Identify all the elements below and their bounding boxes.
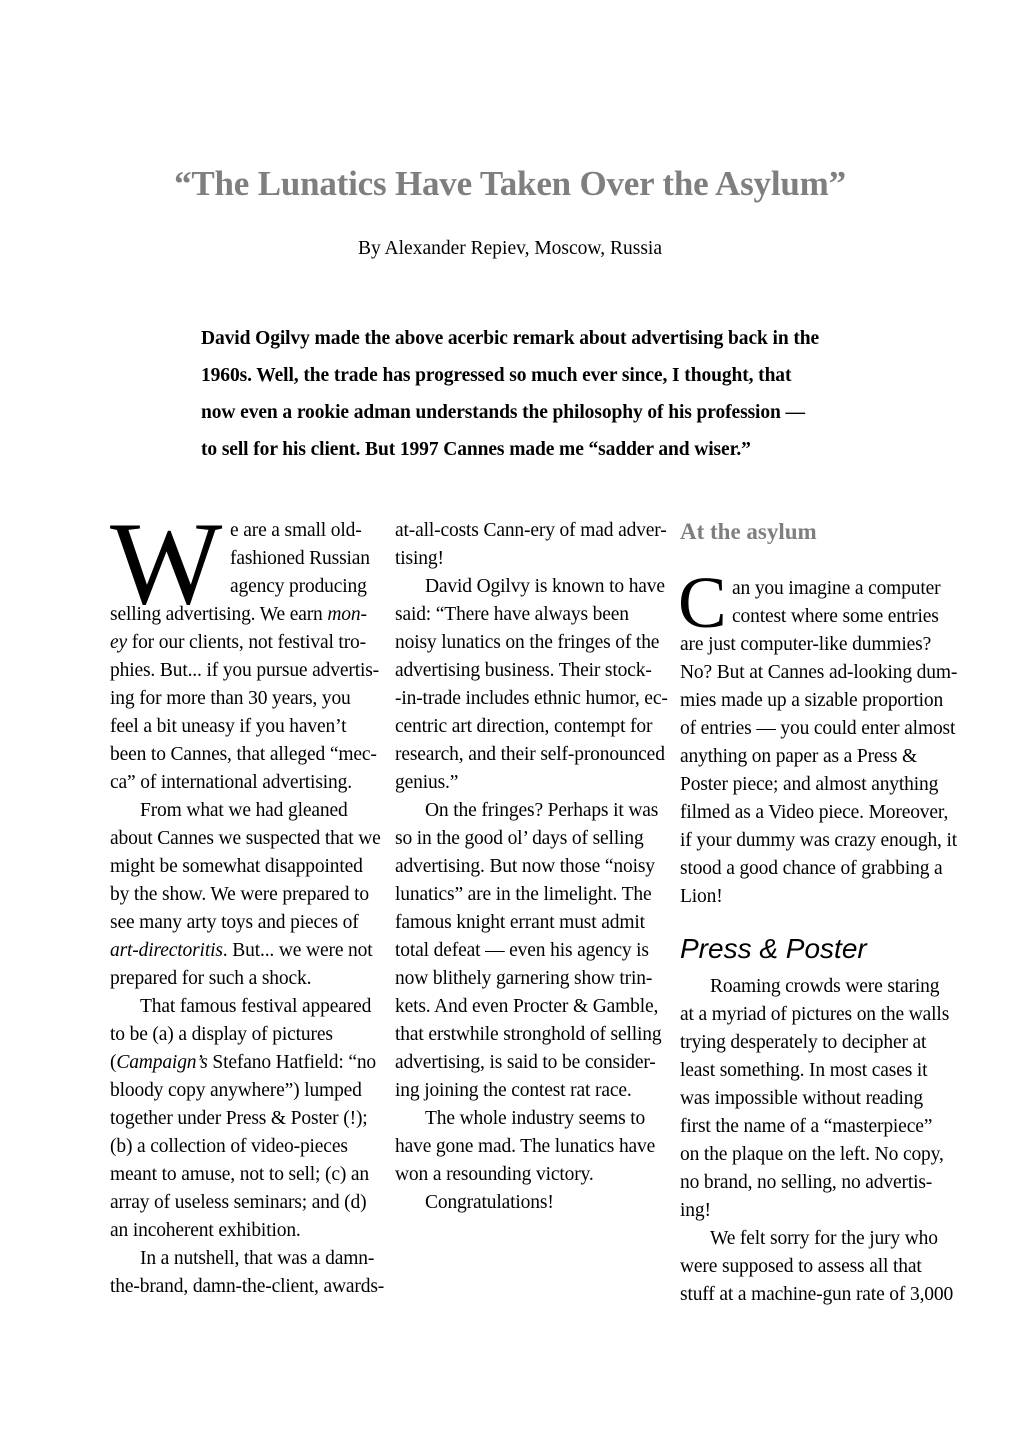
text-run: that erstwhile stronghold of selling: [395, 1024, 661, 1045]
text-run: by the show. We were prepared to: [110, 884, 369, 905]
text-run: won a resounding victory.: [395, 1164, 594, 1185]
text-run: From what we had gleaned: [140, 800, 348, 821]
intro-paragraph: David Ogilvy made the above acerbic rema…: [201, 320, 881, 468]
text-line: advertising, is said to be consider-: [395, 1049, 665, 1077]
text-line: advertising business. Their stock-: [395, 657, 665, 685]
text-line: David Ogilvy is known to have: [395, 573, 665, 601]
text-run: of entries — you could enter almost: [680, 718, 955, 739]
text-line: Congratulations!: [395, 1189, 665, 1217]
text-run: ing joining the contest rat race.: [395, 1080, 632, 1101]
text-run: first the name of a “masterpiece”: [680, 1116, 932, 1137]
text-run: phies. But... if you pursue advertis-: [110, 660, 379, 681]
text-run: tising!: [395, 548, 444, 569]
text-run: lunatics” are in the limelight. The: [395, 884, 651, 905]
text-run: was impossible without reading: [680, 1088, 923, 1109]
text-line: an incoherent exhibition.: [110, 1217, 380, 1245]
text-run: trying desperately to decipher at: [680, 1032, 926, 1053]
text-line: ing!: [680, 1197, 950, 1225]
text-run: to be (a) a display of pictures: [110, 1024, 333, 1045]
text-line: (Campaign’s Stefano Hatfield: “no: [110, 1049, 380, 1077]
text-run: advertising, is said to be consider-: [395, 1052, 656, 1073]
text-run: have gone mad. The lunatics have: [395, 1136, 655, 1157]
italic-text-run: art-directoritis: [110, 940, 223, 961]
text-line: On the fringes? Perhaps it was: [395, 797, 665, 825]
text-run: Roaming crowds were staring: [710, 976, 939, 997]
text-line: prepared for such a shock.: [110, 965, 380, 993]
text-run: now blithely garnering show trin-: [395, 968, 652, 989]
document-page: “The Lunatics Have Taken Over the Asylum…: [0, 0, 1020, 1443]
text-line: feel a bit uneasy if you haven’t: [110, 713, 380, 741]
text-line: first the name of a “masterpiece”: [680, 1113, 950, 1141]
text-run: the-brand, damn-the-client, awards-: [110, 1276, 384, 1297]
text-run: prepared for such a shock.: [110, 968, 311, 989]
text-line: now blithely garnering show trin-: [395, 965, 665, 993]
italic-text-run: mon-: [327, 604, 366, 625]
text-line: total defeat — even his agency is: [395, 937, 665, 965]
text-run: ing!: [680, 1200, 711, 1221]
text-run: fashioned Russian: [230, 548, 370, 569]
section-heading: Press & Poster: [680, 931, 950, 967]
text-run: bloody copy anywhere”) lumped: [110, 1080, 362, 1101]
text-run: see many arty toys and pieces of: [110, 912, 359, 933]
text-line: centric art direction, contempt for: [395, 713, 665, 741]
byline: By Alexander Repiev, Moscow, Russia: [0, 238, 1020, 260]
text-run: Poster piece; and almost anything: [680, 774, 938, 795]
text-run: contest where some entries: [732, 606, 939, 627]
section-heading: At the asylum: [680, 517, 950, 547]
text-line: bloody copy anywhere”) lumped: [110, 1077, 380, 1105]
text-line: -in-trade includes ethnic humor, ec-: [395, 685, 665, 713]
text-line: From what we had gleaned: [110, 797, 380, 825]
text-line: was impossible without reading: [680, 1085, 950, 1113]
text-line: so in the good ol’ days of selling: [395, 825, 665, 853]
text-run: research, and their self-pronounced: [395, 744, 665, 765]
text-line: That famous festival appeared: [110, 993, 380, 1021]
text-run: about Cannes we suspected that we: [110, 828, 381, 849]
text-line: filmed as a Video piece. Moreover,: [680, 799, 950, 827]
text-line: tising!: [395, 545, 665, 573]
text-run: We felt sorry for the jury who: [710, 1228, 938, 1249]
text-line: at-all-costs Cann-ery of mad adver-: [395, 517, 665, 545]
text-run: In a nutshell, that was a damn-: [140, 1248, 374, 1269]
text-line: won a resounding victory.: [395, 1161, 665, 1189]
text-line: of entries — you could enter almost: [680, 715, 950, 743]
text-run: -in-trade includes ethnic humor, ec-: [395, 688, 668, 709]
text-line: that erstwhile stronghold of selling: [395, 1021, 665, 1049]
text-line: anything on paper as a Press &: [680, 743, 950, 771]
text-run: been to Cannes, that alleged “mec-: [110, 744, 377, 765]
text-run: The whole industry seems to: [425, 1108, 645, 1129]
text-line: ing joining the contest rat race.: [395, 1077, 665, 1105]
text-run: mies made up a sizable proportion: [680, 690, 943, 711]
text-run: might be somewhat disappointed: [110, 856, 363, 877]
text-line: mies made up a sizable proportion: [680, 687, 950, 715]
text-line: the-brand, damn-the-client, awards-: [110, 1273, 380, 1301]
text-run: filmed as a Video piece. Moreover,: [680, 802, 948, 823]
text-run: at a myriad of pictures on the walls: [680, 1004, 949, 1025]
text-line: see many arty toys and pieces of: [110, 909, 380, 937]
text-line: been to Cannes, that alleged “mec-: [110, 741, 380, 769]
text-run: were supposed to assess all that: [680, 1256, 922, 1277]
drop-cap-c-letter: C: [678, 566, 727, 639]
text-line: Poster piece; and almost anything: [680, 771, 950, 799]
text-line: Roaming crowds were staring: [680, 973, 950, 1001]
intro-line: to sell for his client. But 1997 Cannes …: [201, 431, 881, 468]
text-line: stood a good chance of grabbing a: [680, 855, 950, 883]
text-run: said: “There have always been: [395, 604, 629, 625]
text-run: centric art direction, contempt for: [395, 716, 652, 737]
text-line: least something. In most cases it: [680, 1057, 950, 1085]
text-run: advertising. But now those “noisy: [395, 856, 655, 877]
text-line: ca” of international advertising.: [110, 769, 380, 797]
text-run: agency producing: [230, 576, 367, 597]
text-line: kets. And even Procter & Gamble,: [395, 993, 665, 1021]
text-run: for our clients, not festival tro-: [127, 632, 366, 653]
text-line: trying desperately to decipher at: [680, 1029, 950, 1057]
drop-cap-w-letter: W: [110, 504, 222, 623]
text-run: stood a good chance of grabbing a: [680, 858, 943, 879]
intro-line: now even a rookie adman understands the …: [201, 394, 881, 431]
text-line: genius.”: [395, 769, 665, 797]
text-run: noisy lunatics on the fringes of the: [395, 632, 659, 653]
text-run: Lion!: [680, 886, 723, 907]
text-line: meant to amuse, not to sell; (c) an: [110, 1161, 380, 1189]
text-run: That famous festival appeared: [140, 996, 371, 1017]
text-line: have gone mad. The lunatics have: [395, 1133, 665, 1161]
text-run: no brand, no selling, no advertis-: [680, 1172, 932, 1193]
text-run: on the plaque on the left. No copy,: [680, 1144, 944, 1165]
text-run: advertising business. Their stock-: [395, 660, 652, 681]
text-run: if your dummy was crazy enough, it: [680, 830, 957, 851]
column-2: at-all-costs Cann-ery of mad adver-tisin…: [395, 517, 665, 1309]
text-run: so in the good ol’ days of selling: [395, 828, 644, 849]
text-run: No? But at Cannes ad-looking dum-: [680, 662, 957, 683]
text-run: meant to amuse, not to sell; (c) an: [110, 1164, 369, 1185]
text-run: at-all-costs Cann-ery of mad adver-: [395, 520, 667, 541]
text-run: genius.”: [395, 772, 458, 793]
text-run: feel a bit uneasy if you haven’t: [110, 716, 346, 737]
text-run: e are a small old-: [230, 520, 362, 541]
page-title: “The Lunatics Have Taken Over the Asylum…: [0, 164, 1020, 204]
text-line: art-directoritis. But... we were not: [110, 937, 380, 965]
column-3: At the asylumCan you imagine a computerc…: [680, 517, 950, 1309]
text-line: phies. But... if you pursue advertis-: [110, 657, 380, 685]
text-line: by the show. We were prepared to: [110, 881, 380, 909]
text-run: ca” of international advertising.: [110, 772, 352, 793]
text-run: array of useless seminars; and (d): [110, 1192, 366, 1213]
text-run: David Ogilvy is known to have: [425, 576, 665, 597]
text-run: anything on paper as a Press &: [680, 746, 917, 767]
text-line: The whole industry seems to: [395, 1105, 665, 1133]
intro-line: David Ogilvy made the above acerbic rema…: [201, 320, 881, 357]
text-line: array of useless seminars; and (d): [110, 1189, 380, 1217]
text-line: lunatics” are in the limelight. The: [395, 881, 665, 909]
text-line: were supposed to assess all that: [680, 1253, 950, 1281]
text-run: Congratulations!: [425, 1192, 554, 1213]
text-line: together under Press & Poster (!);: [110, 1105, 380, 1133]
text-line: In a nutshell, that was a damn-: [110, 1245, 380, 1273]
text-line: noisy lunatics on the fringes of the: [395, 629, 665, 657]
text-run: least something. In most cases it: [680, 1060, 927, 1081]
text-line: Lion!: [680, 883, 950, 911]
text-run: (b) a collection of video-pieces: [110, 1136, 348, 1157]
text-line: advertising. But now those “noisy: [395, 853, 665, 881]
text-line: said: “There have always been: [395, 601, 665, 629]
text-line: about Cannes we suspected that we: [110, 825, 380, 853]
italic-text-run: ey: [110, 632, 127, 653]
text-run: . But... we were not: [223, 940, 373, 961]
text-run: an you imagine a computer: [732, 578, 941, 599]
text-line: research, and their self-pronounced: [395, 741, 665, 769]
column-1: We are a small old-fashioned Russianagen…: [110, 517, 380, 1309]
text-run: famous knight errant must admit: [395, 912, 645, 933]
text-line: We felt sorry for the jury who: [680, 1225, 950, 1253]
text-run: kets. And even Procter & Gamble,: [395, 996, 658, 1017]
text-line: at a myriad of pictures on the walls: [680, 1001, 950, 1029]
body-columns: We are a small old-fashioned Russianagen…: [110, 517, 950, 1309]
text-run: stuff at a machine-gun rate of 3,000: [680, 1284, 953, 1305]
text-line: on the plaque on the left. No copy,: [680, 1141, 950, 1169]
text-line: might be somewhat disappointed: [110, 853, 380, 881]
text-line: no brand, no selling, no advertis-: [680, 1169, 950, 1197]
text-line: (b) a collection of video-pieces: [110, 1133, 380, 1161]
text-line: famous knight errant must admit: [395, 909, 665, 937]
text-line: if your dummy was crazy enough, it: [680, 827, 950, 855]
text-line: ing for more than 30 years, you: [110, 685, 380, 713]
text-run: Stefano Hatfield: “no: [208, 1052, 376, 1073]
text-run: On the fringes? Perhaps it was: [425, 800, 658, 821]
italic-text-run: Campaign’s: [116, 1052, 207, 1073]
text-run: an incoherent exhibition.: [110, 1220, 301, 1241]
text-run: total defeat — even his agency is: [395, 940, 649, 961]
text-line: ey for our clients, not festival tro-: [110, 629, 380, 657]
intro-line: 1960s. Well, the trade has progressed so…: [201, 357, 881, 394]
text-line: stuff at a machine-gun rate of 3,000: [680, 1281, 950, 1309]
text-run: ing for more than 30 years, you: [110, 688, 351, 709]
text-line: No? But at Cannes ad-looking dum-: [680, 659, 950, 687]
text-run: together under Press & Poster (!);: [110, 1108, 368, 1129]
text-line: to be (a) a display of pictures: [110, 1021, 380, 1049]
